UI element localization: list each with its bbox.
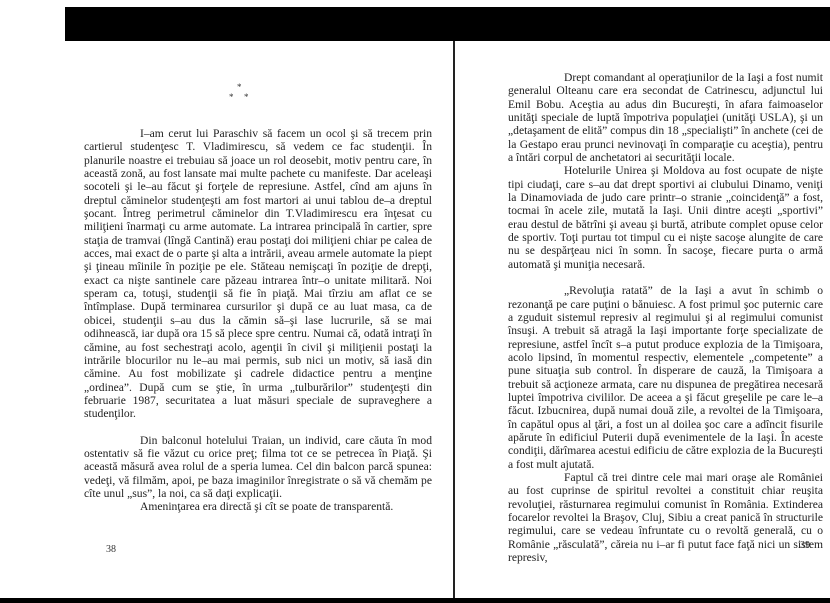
left-page-body: I–am cerut lui Paraschiv să facem un oco… (84, 127, 432, 514)
paragraph: I–am cerut lui Paraschiv să facem un oco… (84, 127, 432, 421)
asterisk-mark: * (237, 83, 242, 92)
book-spine-gutter (453, 41, 455, 598)
paragraph: Din balconul hotelului Traian, un indivi… (84, 434, 432, 501)
paragraph: „Revoluţia ratată” de la Iaşi a avut în … (508, 284, 823, 471)
right-page-body: Drept comandant al operaţiunilor de la I… (508, 71, 823, 564)
page-number: 38 (106, 544, 116, 555)
paragraph: Hotelurile Unirea şi Moldova au fost ocu… (508, 164, 823, 271)
page-number: 39 (800, 540, 810, 551)
paragraph: Drept comandant al operaţiunilor de la I… (508, 71, 823, 164)
section-break-asterism: * * * (226, 83, 256, 109)
scan-border-top (65, 7, 830, 41)
scan-border-bottom (0, 598, 830, 603)
asterisk-mark: * (244, 93, 249, 102)
paragraph: Faptul că trei dintre cele mai mari oraş… (508, 471, 823, 564)
paragraph: Ameninţarea era directă şi cît se poate … (84, 500, 432, 513)
asterisk-mark: * (229, 93, 234, 102)
